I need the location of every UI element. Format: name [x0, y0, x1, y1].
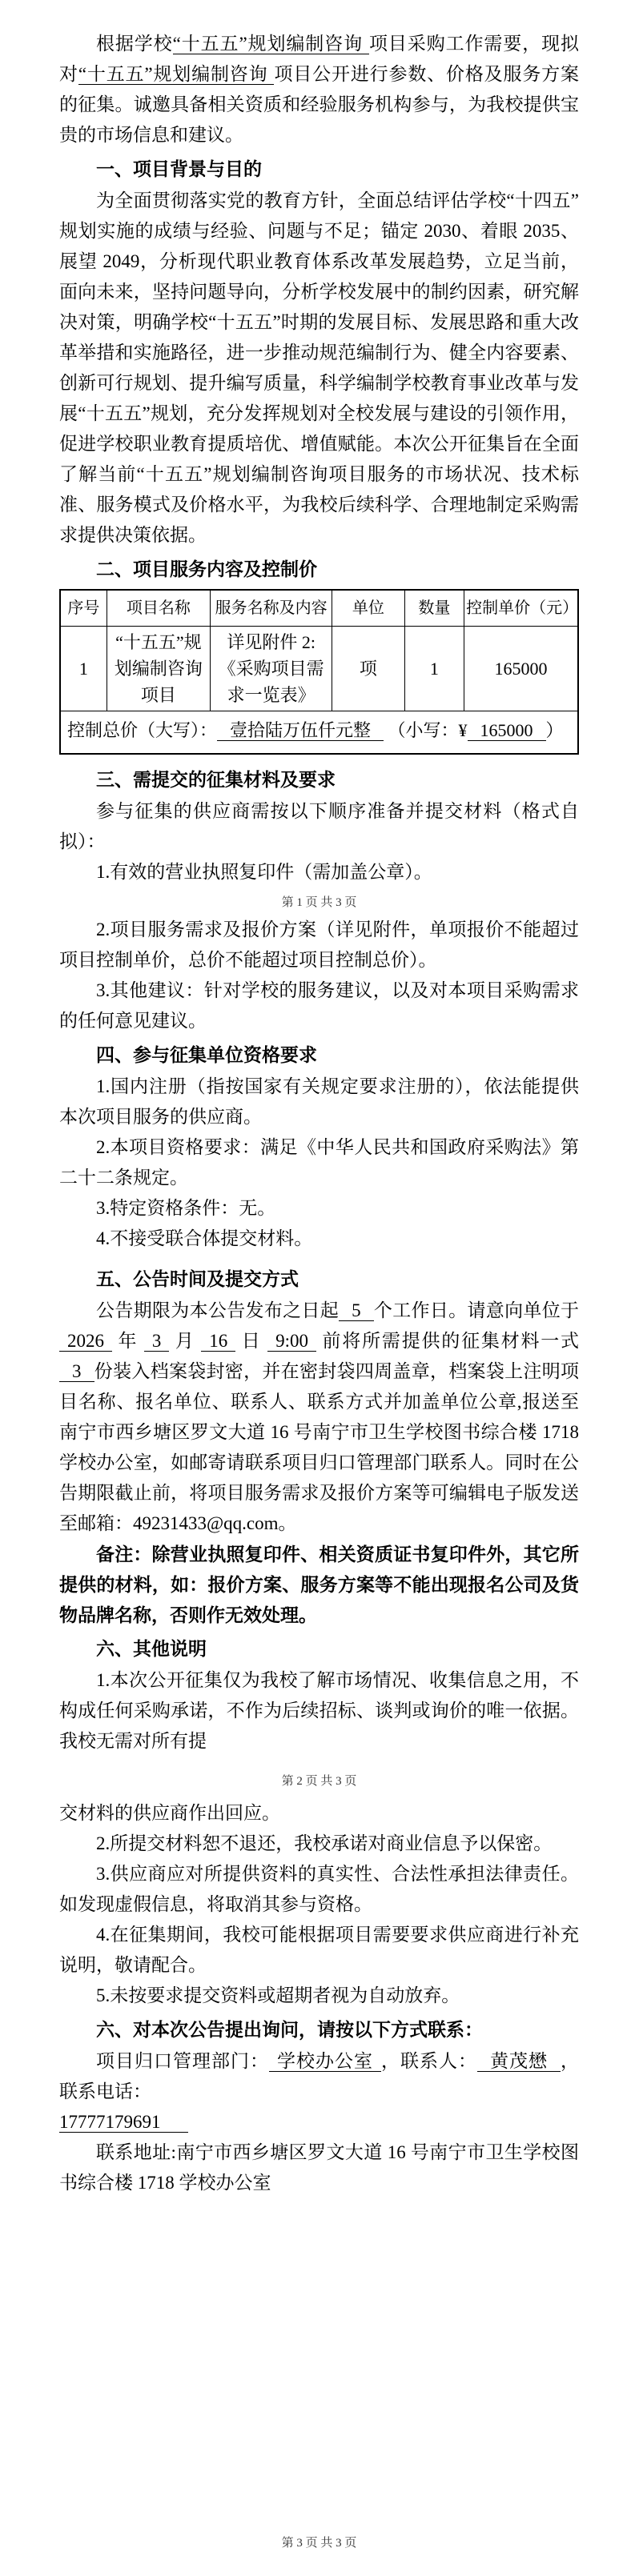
paragraph-intro: 根据学校“十五五”规划编制咨询项目采购工作需要，现拟对“十五五”规划编制咨询项目… [59, 29, 579, 150]
table-header-unit: 单位 [332, 590, 405, 627]
text-segment: 前将所需提供的征集材料一式 [316, 1331, 579, 1351]
text-segment: 月 [169, 1331, 201, 1351]
paragraph-remark: 备注：除营业执照复印件、相关资质证书复印件外，其它所提供的材料，如：报价方案、服… [59, 1539, 579, 1630]
text-segment: 个工作日。请意向单位于 [374, 1300, 579, 1320]
paragraph-background: 为全面贯彻落实党的教育方针，全面总结评估学校“十四五”规划实施的成绩与经验、问题… [59, 186, 579, 551]
text-segment: 份装入档案袋封密，并在密封袋四周盖章，档案袋上注明项目名称、报名单位、联系人、联… [59, 1361, 579, 1533]
underlined-value: 5 [339, 1300, 374, 1321]
paragraph-s3-item-2: 2.项目服务需求及报价方案（详见附件，单项报价不能超过项目控制单价，总价不能超过… [59, 915, 579, 976]
heading-section-4: 四、参与征集单位资格要求 [59, 1040, 579, 1070]
heading-section-1: 一、项目背景与目的 [59, 154, 579, 184]
text-segment: 控制总价（大写）： [67, 720, 217, 740]
paragraph-s6-item-1b: 交材料的供应商作出回应。 [59, 1798, 579, 1829]
underlined-value: 3 [144, 1331, 170, 1352]
cell-project-name: “十五五”规划编制咨询项目 [107, 627, 210, 711]
page-footer-3: 第 3 页 共 3 页 [59, 2534, 579, 2552]
paragraph-s6-item-3: 3.供应商应对所提供资料的真实性、合法性承担法律责任。如发现虚假信息，将取消其参… [59, 1859, 579, 1920]
underlined-value: “十五五”规划编制咨询 [78, 64, 275, 85]
paragraph-contact-address: 联系地址:南宁市西乡塘区罗文大道 16 号南宁市卫生学校图书综合楼 1718 学… [59, 2137, 579, 2198]
table-header-project-name: 项目名称 [107, 590, 210, 627]
text-segment: 年 [112, 1331, 144, 1351]
table-header-row: 序号 项目名称 服务名称及内容 单位 数量 控制单价（元） [60, 590, 578, 627]
table-header-control-price: 控制单价（元） [464, 590, 578, 627]
paragraph-s3-item-1: 1.有效的营业执照复印件（需加盖公章）。 [59, 857, 579, 887]
heading-contact: 六、对本次公告提出询问，请按以下方式联系： [59, 2014, 579, 2045]
cell-index: 1 [60, 627, 107, 711]
service-content-table: 序号 项目名称 服务名称及内容 单位 数量 控制单价（元） 1 “十五五”规划编… [59, 589, 579, 755]
cell-service-content: 详见附件 2:《采购项目需求一览表》 [211, 627, 332, 711]
heading-section-2: 二、项目服务内容及控制价 [59, 554, 579, 584]
heading-section-3: 三、需提交的征集材料及要求 [59, 764, 579, 795]
paragraph-s4-item-3: 3.特定资格条件：无。 [59, 1193, 579, 1224]
paragraph-s6-item-2: 2.所提交材料恕不退还，我校承诺对商业信息予以保密。 [59, 1829, 579, 1859]
contact-phone-value: 17777179691 [59, 2112, 188, 2133]
page-bottom-whitespace [59, 2198, 579, 2534]
underlined-value: 学校办公室 [269, 2051, 381, 2072]
paragraph-contact-department: 项目归口管理部门：学校办公室，联系人：黄茂懋，联系电话： [59, 2046, 579, 2107]
paragraph-s6-item-1a: 1.本次公开征集仅为我校了解市场情况、收集信息之用，不构成任何采购承诺，不作为后… [59, 1665, 579, 1757]
cell-unit: 项 [332, 627, 405, 711]
paragraph-s3-item-3: 3.其他建议：针对学校的服务建议，以及对本项目采购需求的任何意见建议。 [59, 976, 579, 1036]
paragraph-s5-submission: 公告期限为本公告发布之日起5个工作日。请意向单位于 2026 年 3 月 16 … [59, 1296, 579, 1539]
text-segment: 项目归口管理部门： [96, 2051, 269, 2071]
underlined-value: 165000 [468, 720, 546, 741]
cell-control-price: 165000 [464, 627, 578, 711]
cell-quantity: 1 [404, 627, 464, 711]
paragraph-s4-item-4: 4.不接受联合体提交材料。 [59, 1224, 579, 1254]
underlined-value: 壹拾陆万伍仟元整 [217, 720, 384, 741]
underlined-value: 3 [59, 1361, 94, 1382]
text-segment: 根据学校 [96, 34, 173, 54]
table-total-row: 控制总价（大写）：壹拾陆万伍仟元整 （小写：¥165000） [60, 711, 578, 755]
paragraph-s6-item-4: 4.在征集期间，我校可能根据项目需要要求供应商进行补充说明，敬请配合。 [59, 1920, 579, 1981]
paragraph-s3-intro: 参与征集的供应商需按以下顺序准备并提交材料（格式自拟）： [59, 796, 579, 857]
underlined-value: 黄茂懋 [477, 2051, 561, 2072]
text-segment: 日 [235, 1331, 267, 1351]
underlined-value: 9:00 [267, 1331, 316, 1352]
paragraph-s4-item-1: 1.国内注册（指按国家有关规定要求注册的），依法能提供本次项目服务的供应商。 [59, 1072, 579, 1132]
table-header-quantity: 数量 [404, 590, 464, 627]
heading-section-6: 六、其他说明 [59, 1633, 579, 1664]
document-body: { "colors": { "text": "#000000", "backgr… [0, 0, 635, 2576]
table-header-service-content: 服务名称及内容 [211, 590, 332, 627]
underlined-value: 2026 [59, 1331, 112, 1352]
document-page: 根据学校“十五五”规划编制咨询项目采购工作需要，现拟对“十五五”规划编制咨询项目… [0, 0, 635, 2576]
text-segment: （小写：¥ [384, 720, 468, 740]
page-footer-1: 第 1 页 共 3 页 [59, 894, 579, 911]
paragraph-contact-phone: 17777179691 [59, 2107, 579, 2137]
page-footer-2: 第 2 页 共 3 页 [59, 1773, 579, 1790]
table-header-index: 序号 [60, 590, 107, 627]
text-segment: ，联系人： [381, 2051, 477, 2071]
underlined-value: “十五五”规划编制咨询 [173, 34, 369, 54]
text-segment: ） [546, 720, 564, 740]
paragraph-s6-item-5: 5.未按要求提交资料或超期者视为自动放弃。 [59, 1981, 579, 2011]
heading-section-5: 五、公告时间及提交方式 [59, 1264, 579, 1294]
paragraph-s4-item-2: 2.本项目资格要求：满足《中华人民共和国政府采购法》第二十二条规定。 [59, 1132, 579, 1193]
table-row: 1 “十五五”规划编制咨询项目 详见附件 2:《采购项目需求一览表》 项 1 1… [60, 627, 578, 711]
total-price-cell: 控制总价（大写）：壹拾陆万伍仟元整 （小写：¥165000） [60, 711, 578, 755]
text-segment: 公告期限为本公告发布之日起 [96, 1300, 339, 1320]
underlined-value: 16 [201, 1331, 235, 1352]
